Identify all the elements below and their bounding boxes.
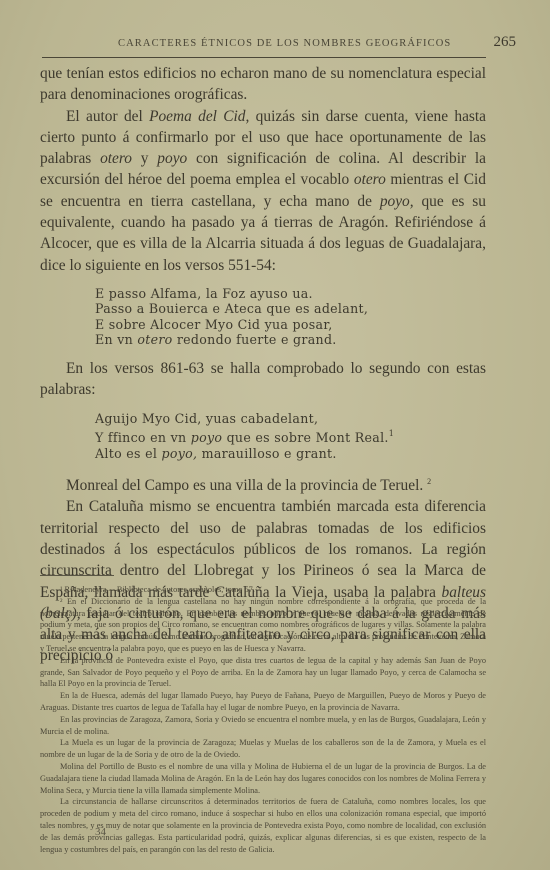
footnote: Molina del Portillo de Busto es el nombr…	[40, 761, 486, 796]
paragraph: que tenían estos edificios no echaron ma…	[40, 63, 486, 106]
footnotes: ¹ Rivadeneyra.—Biblioteca de autores esp…	[40, 584, 486, 855]
verse-line: En vn otero redondo fuerte e grand.	[95, 332, 486, 348]
header-rule	[42, 57, 486, 58]
paragraph: En los versos 861-63 se halla comprobado…	[40, 358, 486, 401]
footnote-rule	[40, 575, 114, 576]
footnote-ref: 1	[389, 429, 394, 438]
verse-quote: Aguijo Myo Cid, yuas cabadelant, Y ffinc…	[95, 411, 486, 462]
signature-mark: 34	[95, 826, 106, 838]
running-title: CARACTERES ÉTNICOS DE LOS NOMBRES GEOGRÁ…	[118, 38, 451, 49]
verse-line: Aguijo Myo Cid, yuas cabadelant,	[95, 411, 486, 427]
running-head: CARACTERES ÉTNICOS DE LOS NOMBRES GEOGRÁ…	[40, 34, 526, 54]
verse-line: E sobre Alcocer Myo Cid yua posar,	[95, 317, 486, 333]
verse-quote: E passo Alfama, la Foz ayuso ua. Passo a…	[95, 286, 486, 348]
footnote: En la provincia de Pontevedra existe el …	[40, 655, 486, 690]
footnote: ¹ Rivadeneyra.—Biblioteca de autores esp…	[40, 584, 486, 596]
paragraph: El autor del Poema del Cid, quizás sin d…	[40, 106, 486, 276]
footnote: ² En el Diccionario de la lengua castell…	[40, 596, 486, 655]
paragraph: Monreal del Campo es una villa de la pro…	[40, 471, 486, 496]
footnote: En las provincias de Zaragoza, Zamora, S…	[40, 714, 486, 738]
verse-line: Passo a Bouierca e Ateca que es adelant,	[95, 301, 486, 317]
footnote: La Muela es un lugar de la provincia de …	[40, 737, 486, 761]
footnote: La circunstancia de hallarse circunscrit…	[40, 796, 486, 855]
main-text: que tenían estos edificios no echaron ma…	[40, 63, 486, 667]
page-number: 265	[494, 34, 517, 51]
verse-line: E passo Alfama, la Foz ayuso ua.	[95, 286, 486, 302]
verse-line: Alto es el poyo, marauilloso e grant.	[95, 446, 486, 462]
verse-line: Y ffinco en vn poyo que es sobre Mont Re…	[95, 426, 486, 446]
footnote: En la de Huesca, además del lugar llamad…	[40, 690, 486, 714]
footnote-ref: 2	[427, 477, 431, 486]
